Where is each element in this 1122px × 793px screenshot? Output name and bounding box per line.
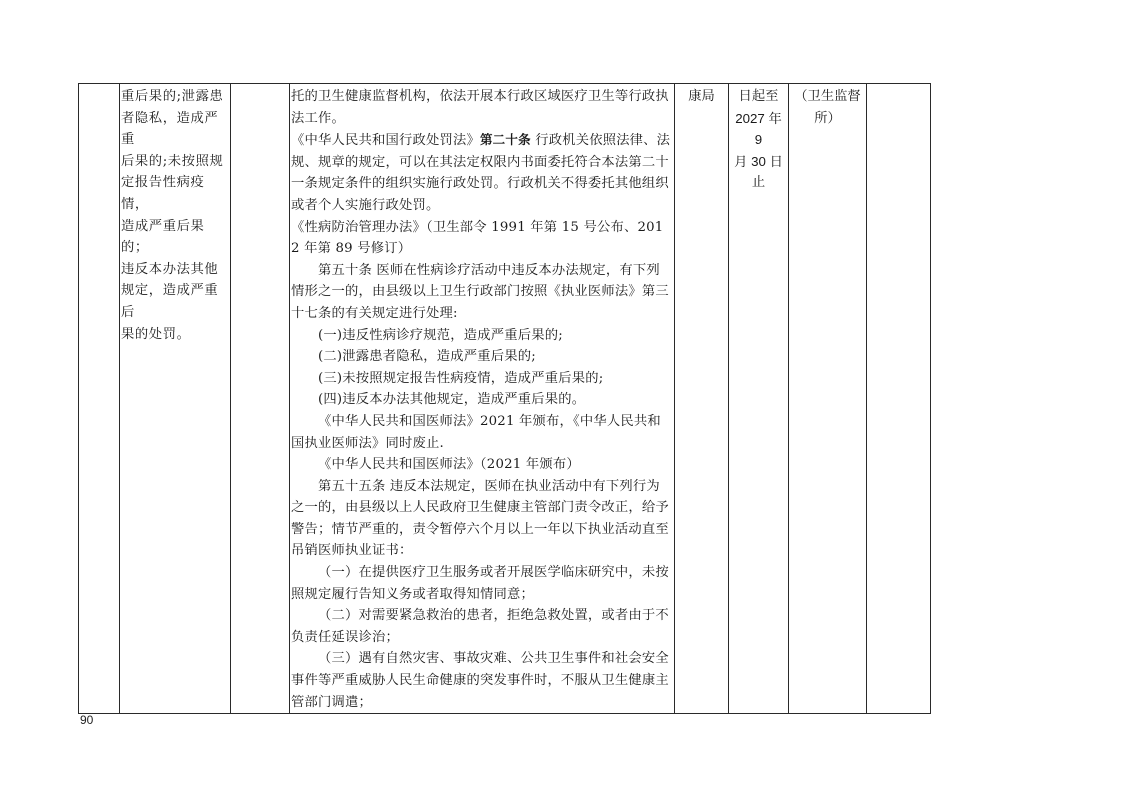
text-line: 止 [731, 172, 786, 194]
cell-remarks [867, 84, 931, 714]
list-item: （一）在提供医疗卫生服务或者开展医学临床研究中，未按照规定履行告知义务或者取得知… [291, 562, 672, 605]
text-line: 定报告性病疫情， [121, 172, 228, 215]
table-row: 重后果的;泄露患 者隐私，造成严重 后果的;未按照规 定报告性病疫情， 造成严重… [79, 84, 931, 714]
paragraph: 《中华人民共和国医师法》（2021 年颁布） [291, 454, 672, 476]
list-item: (一)违反性病诊疗规范，造成严重后果的; [291, 325, 672, 347]
page-number: 90 [80, 713, 93, 727]
cell-index [79, 84, 120, 714]
law-title: 《中华人民共和国行政处罚法》 [291, 133, 480, 148]
text-line: 果的处罚。 [121, 324, 228, 346]
cell-empty [231, 84, 290, 714]
text-line: 违反本办法其他 [121, 259, 228, 281]
list-item: (二)泄露患者隐私，造成严重后果的; [291, 346, 672, 368]
text-line: 后果的;未按照规 [121, 151, 228, 173]
text-line: 者隐私，造成严重 [121, 108, 228, 151]
cell-legal-basis: 托的卫生健康监督机构，依法开展本行政区域医疗卫生等行政执法工作。 《中华人民共和… [290, 84, 675, 714]
cell-authority: 康局 [675, 84, 729, 714]
text-line: 重后果的;泄露患 [121, 86, 228, 108]
paragraph: 《性病防治管理办法》（卫生部令 1991 年第 15 号公布、2012 年第 8… [291, 217, 672, 260]
paragraph: 托的卫生健康监督机构，依法开展本行政区域医疗卫生等行政执法工作。 [291, 86, 672, 129]
text-line: 造成严重后果的； [121, 216, 228, 259]
cell-violation-description: 重后果的;泄露患 者隐私，造成严重 后果的;未按照规 定报告性病疫情， 造成严重… [120, 84, 231, 714]
cell-executing-unit: （卫生监督 所） [789, 84, 867, 714]
list-item: （二）对需要紧急救治的患者，拒绝急救处置，或者由于不负责任延误诊治； [291, 605, 672, 648]
text-line: 所） [791, 108, 864, 130]
list-item: （三）遇有自然灾害、事故灾难、公共卫生事件和社会安全事件等严重威胁人民生命健康的… [291, 648, 672, 713]
text-line: 日起至 [731, 86, 786, 108]
list-item: (三)未按照规定报告性病疫情，造成严重后果的; [291, 368, 672, 390]
cell-validity-period: 日起至 2027 年 9 月 30 日 止 [729, 84, 789, 714]
text-line: 月 30 日 [731, 151, 786, 173]
violation-description-text: 重后果的;泄露患 者隐私，造成严重 后果的;未按照规 定报告性病疫情， 造成严重… [120, 84, 230, 345]
article-number: 第二十条 [480, 132, 531, 147]
paragraph: 《中华人民共和国医师法》2021 年颁布，《中华人民共和国执业医师法》同时废止. [291, 411, 672, 454]
text-line: （卫生监督 [791, 86, 864, 108]
paragraph: 第五十五条 违反本法规定，医师在执业活动中有下列行为之一的，由县级以上人民政府卫… [291, 476, 672, 562]
regulation-table: 重后果的;泄露患 者隐私，造成严重 后果的;未按照规 定报告性病疫情， 造成严重… [78, 83, 931, 714]
text-line: 规定，造成严重后 [121, 280, 228, 323]
list-item: (四)违反本办法其他规定，造成严重后果的。 [291, 389, 672, 411]
paragraph: 《中华人民共和国行政处罚法》第二十条 行政机关依照法律、法规、规章的规定，可以在… [291, 129, 672, 216]
text-line: 2027 年 9 [731, 108, 786, 151]
legal-basis-text: 托的卫生健康监督机构，依法开展本行政区域医疗卫生等行政执法工作。 《中华人民共和… [290, 84, 674, 713]
paragraph: 第五十条 医师在性病诊疗活动中违反本办法规定，有下列情形之一的，由县级以上卫生行… [291, 260, 672, 325]
